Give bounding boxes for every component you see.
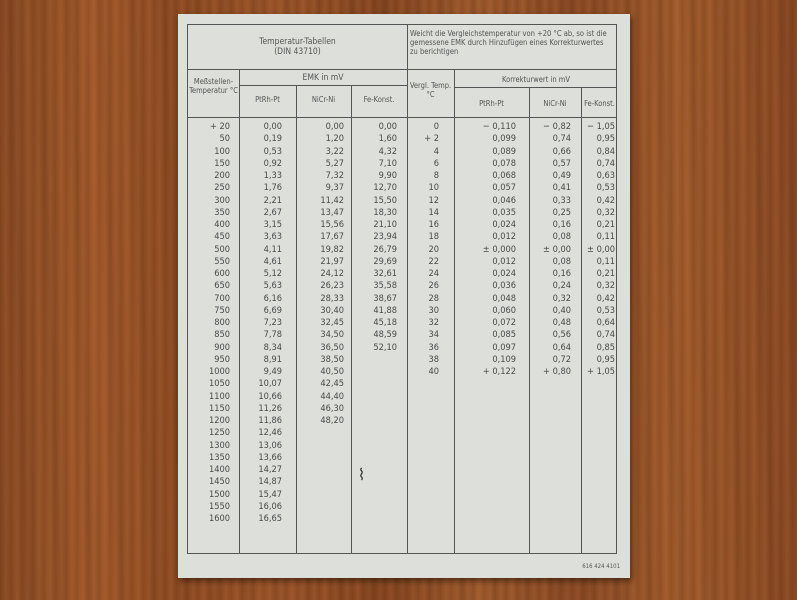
table-cell: 300 [190, 195, 230, 207]
table-cell: + 0,122 [454, 366, 516, 378]
table-cell: 1050 [190, 378, 230, 390]
table-cell: 8,34 [240, 342, 282, 354]
table-cell: 0,63 [581, 170, 615, 182]
emk-fe-column: 0,001,604,327,109,9012,7015,5018,3021,10… [351, 121, 397, 354]
table-cell: 13,66 [240, 452, 282, 464]
table-cell: 800 [190, 317, 230, 329]
table-cell: 42,45 [296, 378, 344, 390]
table-cell: 34,50 [296, 329, 344, 341]
table-cell: 650 [190, 280, 230, 292]
table-cell: 1350 [190, 452, 230, 464]
table-cell: 0,048 [454, 293, 516, 305]
table-cell: 0,95 [581, 133, 615, 145]
table-cell: 16 [407, 219, 439, 231]
table-cell: 0,097 [454, 342, 516, 354]
table-cell: 26,23 [296, 280, 344, 292]
table-cell: 600 [190, 268, 230, 280]
table-cell: 0,53 [240, 146, 282, 158]
table-cell: 11,26 [240, 403, 282, 415]
table-cell: 0,11 [581, 256, 615, 268]
table-cell: 22 [407, 256, 439, 268]
table-cell: 9,37 [296, 182, 344, 194]
table-cell: 1550 [190, 501, 230, 513]
table-cell: 48,59 [351, 329, 397, 341]
table-cell: 24 [407, 268, 439, 280]
table-cell: 29,69 [351, 256, 397, 268]
table-cell: 0 [407, 121, 439, 133]
table-cell: 0,16 [529, 219, 571, 231]
divider [239, 85, 407, 86]
table-cell: 4 [407, 146, 439, 158]
table-cell: 30 [407, 305, 439, 317]
table-cell: 16,06 [240, 501, 282, 513]
type-header-fe: Fe-Konst. [351, 95, 407, 104]
table-cell: 0,64 [581, 317, 615, 329]
table-cell: 400 [190, 219, 230, 231]
table-cell: − 0,110 [454, 121, 516, 133]
type-header-nicr: NiCr-Ni [296, 95, 351, 104]
table-cell: 0,035 [454, 207, 516, 219]
table-cell: 0,74 [581, 158, 615, 170]
table-cell: 0,95 [581, 354, 615, 366]
table-cell: 4,61 [240, 256, 282, 268]
emk-ptrh-column: 0,000,190,530,921,331,762,212,673,153,63… [240, 121, 282, 525]
thermocouple-table-card: Temperatur-Tabellen (DIN 43710) Weicht d… [178, 14, 630, 578]
table-cell: 32,61 [351, 268, 397, 280]
table-cell: 0,72 [529, 354, 571, 366]
table-cell: 0,21 [581, 268, 615, 280]
table-cell: 7,23 [240, 317, 282, 329]
table-cell: 1250 [190, 427, 230, 439]
table-cell: 0,068 [454, 170, 516, 182]
korr-type-nicr: NiCr-Ni [529, 99, 581, 108]
table-cell: 21,97 [296, 256, 344, 268]
table-cell: 5,27 [296, 158, 344, 170]
part-number-stamp: 616 424 4101 [582, 563, 620, 570]
table-cell: 0,24 [529, 280, 571, 292]
korr-nicr-column: − 0,820,740,660,570,490,410,330,250,160,… [529, 121, 571, 378]
table-cell: 0,85 [581, 342, 615, 354]
table-cell: 0,74 [529, 133, 571, 145]
table-cell: 19,82 [296, 244, 344, 256]
table-cell: 850 [190, 329, 230, 341]
table-cell: 10,07 [240, 378, 282, 390]
table-cell: + 1,05 [581, 366, 615, 378]
table-cell: 28,33 [296, 293, 344, 305]
table-cell: 6,16 [240, 293, 282, 305]
table-cell: 34 [407, 329, 439, 341]
table-cell: 15,56 [296, 219, 344, 231]
korr-fe-column: − 1,050,950,840,740,630,530,420,320,210,… [581, 121, 615, 378]
table-cell: 11,42 [296, 195, 344, 207]
table-cell: 38,67 [351, 293, 397, 305]
table-cell: 0,16 [529, 268, 571, 280]
emk-header: EMK in mV [239, 73, 407, 83]
table-cell: 0,024 [454, 268, 516, 280]
table-cell: 45,18 [351, 317, 397, 329]
table-cell: 0,060 [454, 305, 516, 317]
table-cell: 28 [407, 293, 439, 305]
table-cell: 0,072 [454, 317, 516, 329]
table-cell: 35,58 [351, 280, 397, 292]
type-header-ptrh: PtRh-Pt [239, 95, 296, 104]
emk-temp-column: + 20501001502002503003504004505005506006… [190, 121, 230, 525]
table-cell: 1,76 [240, 182, 282, 194]
table-cell: ± 0,000 [454, 244, 516, 256]
table-cell: 0,84 [581, 146, 615, 158]
table-cell: 13,47 [296, 207, 344, 219]
table-cell: 14,87 [240, 476, 282, 488]
table-cell: 0,21 [581, 219, 615, 231]
correction-note: Weicht die Vergleichstemperatur von +20 … [410, 29, 610, 56]
table-cell: 1000 [190, 366, 230, 378]
table-cell: 0,099 [454, 133, 516, 145]
table-cell: 38,50 [296, 354, 344, 366]
table-cell: 8 [407, 170, 439, 182]
table-cell: 1,60 [351, 133, 397, 145]
table-cell: + 20 [190, 121, 230, 133]
table-cell: 0,078 [454, 158, 516, 170]
korr-type-fe: Fe-Konst. [581, 99, 618, 108]
table-cell: 9,90 [351, 170, 397, 182]
table-cell: + 2 [407, 133, 439, 145]
table-cell: 30,40 [296, 305, 344, 317]
table-cell: 32 [407, 317, 439, 329]
table-cell: 50 [190, 133, 230, 145]
table-cell: 6,69 [240, 305, 282, 317]
table-cell: 12,46 [240, 427, 282, 439]
table-cell: 0,109 [454, 354, 516, 366]
table-cell: 26 [407, 280, 439, 292]
table-cell: 44,40 [296, 391, 344, 403]
table-cell: 1100 [190, 391, 230, 403]
table-cell: 38 [407, 354, 439, 366]
table-cell: 200 [190, 170, 230, 182]
table-cell: 5,12 [240, 268, 282, 280]
table-cell: 550 [190, 256, 230, 268]
table-cell: 0,66 [529, 146, 571, 158]
table-cell: 0,00 [351, 121, 397, 133]
table-cell: 18 [407, 231, 439, 243]
table-cell: 6 [407, 158, 439, 170]
table-cell: 10 [407, 182, 439, 194]
table-cell: 0,53 [581, 182, 615, 194]
table-cell: 0,012 [454, 256, 516, 268]
table-cell: 2,21 [240, 195, 282, 207]
table-cell: 18,30 [351, 207, 397, 219]
table-cell: 1150 [190, 403, 230, 415]
table-cell: 0,48 [529, 317, 571, 329]
table-cell: 40 [407, 366, 439, 378]
table-cell: 0,53 [581, 305, 615, 317]
table-cell: 14 [407, 207, 439, 219]
table-cell: 10,66 [240, 391, 282, 403]
table-cell: 0,00 [240, 121, 282, 133]
table-cell: 13,06 [240, 440, 282, 452]
table-cell: 700 [190, 293, 230, 305]
table-cell: 900 [190, 342, 230, 354]
table-cell: 750 [190, 305, 230, 317]
table-cell: 5,63 [240, 280, 282, 292]
pencil-mark: ⌇ [358, 465, 365, 484]
table-cell: 7,32 [296, 170, 344, 182]
table-cell: 26,79 [351, 244, 397, 256]
table-cell: 0,32 [529, 293, 571, 305]
table-cell: − 1,05 [581, 121, 615, 133]
korr-temp-column: 0+ 246810121416182022242628303234363840 [407, 121, 439, 378]
table-cell: 0,41 [529, 182, 571, 194]
table-cell: 0,40 [529, 305, 571, 317]
table-cell: 4,32 [351, 146, 397, 158]
table-cell: 0,085 [454, 329, 516, 341]
table-cell: 0,25 [529, 207, 571, 219]
table-cell: 0,32 [581, 207, 615, 219]
table-cell: 20 [407, 244, 439, 256]
table-cell: 0,11 [581, 231, 615, 243]
table-cell: 0,64 [529, 342, 571, 354]
table-cell: 40,50 [296, 366, 344, 378]
table-cell: 0,046 [454, 195, 516, 207]
table-cell: 1450 [190, 476, 230, 488]
table-cell: 15,47 [240, 489, 282, 501]
table-cell: 2,67 [240, 207, 282, 219]
table-cell: ± 0,00 [529, 244, 571, 256]
table-cell: 0,32 [581, 280, 615, 292]
korrektur-header: Korrekturwert in mV [454, 75, 618, 84]
table-cell: 4,11 [240, 244, 282, 256]
table-cell: 0,49 [529, 170, 571, 182]
vergl-temp-header: Vergl. Temp. °C [407, 81, 454, 99]
table-cell: 0,024 [454, 219, 516, 231]
table-cell: 1400 [190, 464, 230, 476]
table-cell: 950 [190, 354, 230, 366]
table-cell: 1,33 [240, 170, 282, 182]
table-cell: 0,33 [529, 195, 571, 207]
table-cell: 0,42 [581, 195, 615, 207]
table-cell: 7,10 [351, 158, 397, 170]
table-cell: 12,70 [351, 182, 397, 194]
table-cell: 1500 [190, 489, 230, 501]
table-cell: 32,45 [296, 317, 344, 329]
table-cell: 0,92 [240, 158, 282, 170]
table-cell: 1300 [190, 440, 230, 452]
table-cell: + 0,80 [529, 366, 571, 378]
table-cell: 3,15 [240, 219, 282, 231]
table-cell: 150 [190, 158, 230, 170]
table-cell: 1,20 [296, 133, 344, 145]
divider [454, 87, 616, 88]
table-cell: 500 [190, 244, 230, 256]
table-frame: Temperatur-Tabellen (DIN 43710) Weicht d… [187, 24, 617, 554]
table-cell: 46,30 [296, 403, 344, 415]
table-cell: 350 [190, 207, 230, 219]
table-cell: 1600 [190, 513, 230, 525]
table-cell: 0,19 [240, 133, 282, 145]
table-cell: 9,49 [240, 366, 282, 378]
table-cell: 3,63 [240, 231, 282, 243]
korr-ptrh-column: − 0,1100,0990,0890,0780,0680,0570,0460,0… [454, 121, 516, 378]
table-cell: ± 0,00 [581, 244, 615, 256]
table-cell: 14,27 [240, 464, 282, 476]
table-cell: 0,57 [529, 158, 571, 170]
table-cell: 0,089 [454, 146, 516, 158]
table-cell: 24,12 [296, 268, 344, 280]
korr-type-ptrh: PtRh-Pt [454, 99, 529, 108]
table-cell: 15,50 [351, 195, 397, 207]
table-cell: 16,65 [240, 513, 282, 525]
table-cell: 0,057 [454, 182, 516, 194]
table-cell: 0,012 [454, 231, 516, 243]
divider [188, 69, 616, 70]
table-cell: 36,50 [296, 342, 344, 354]
table-cell: 48,20 [296, 415, 344, 427]
table-cell: 1200 [190, 415, 230, 427]
emk-nicr-column: 0,001,203,225,277,329,3711,4213,4715,561… [296, 121, 344, 427]
table-cell: 3,22 [296, 146, 344, 158]
table-cell: 0,036 [454, 280, 516, 292]
table-cell: 450 [190, 231, 230, 243]
divider [188, 117, 616, 118]
table-cell: 100 [190, 146, 230, 158]
table-title: Temperatur-Tabellen (DIN 43710) [188, 37, 407, 57]
table-cell: 52,10 [351, 342, 397, 354]
table-cell: 0,08 [529, 256, 571, 268]
table-cell: 21,10 [351, 219, 397, 231]
table-cell: 0,42 [581, 293, 615, 305]
table-cell: 0,00 [296, 121, 344, 133]
table-cell: 0,74 [581, 329, 615, 341]
table-cell: − 0,82 [529, 121, 571, 133]
table-cell: 8,91 [240, 354, 282, 366]
table-cell: 17,67 [296, 231, 344, 243]
table-cell: 7,78 [240, 329, 282, 341]
table-cell: 11,86 [240, 415, 282, 427]
table-cell: 250 [190, 182, 230, 194]
table-cell: 23,94 [351, 231, 397, 243]
table-cell: 0,08 [529, 231, 571, 243]
table-cell: 12 [407, 195, 439, 207]
temp-column-header: Meßstellen-Temperatur °C [188, 77, 239, 95]
table-cell: 41,88 [351, 305, 397, 317]
table-cell: 0,56 [529, 329, 571, 341]
table-cell: 36 [407, 342, 439, 354]
